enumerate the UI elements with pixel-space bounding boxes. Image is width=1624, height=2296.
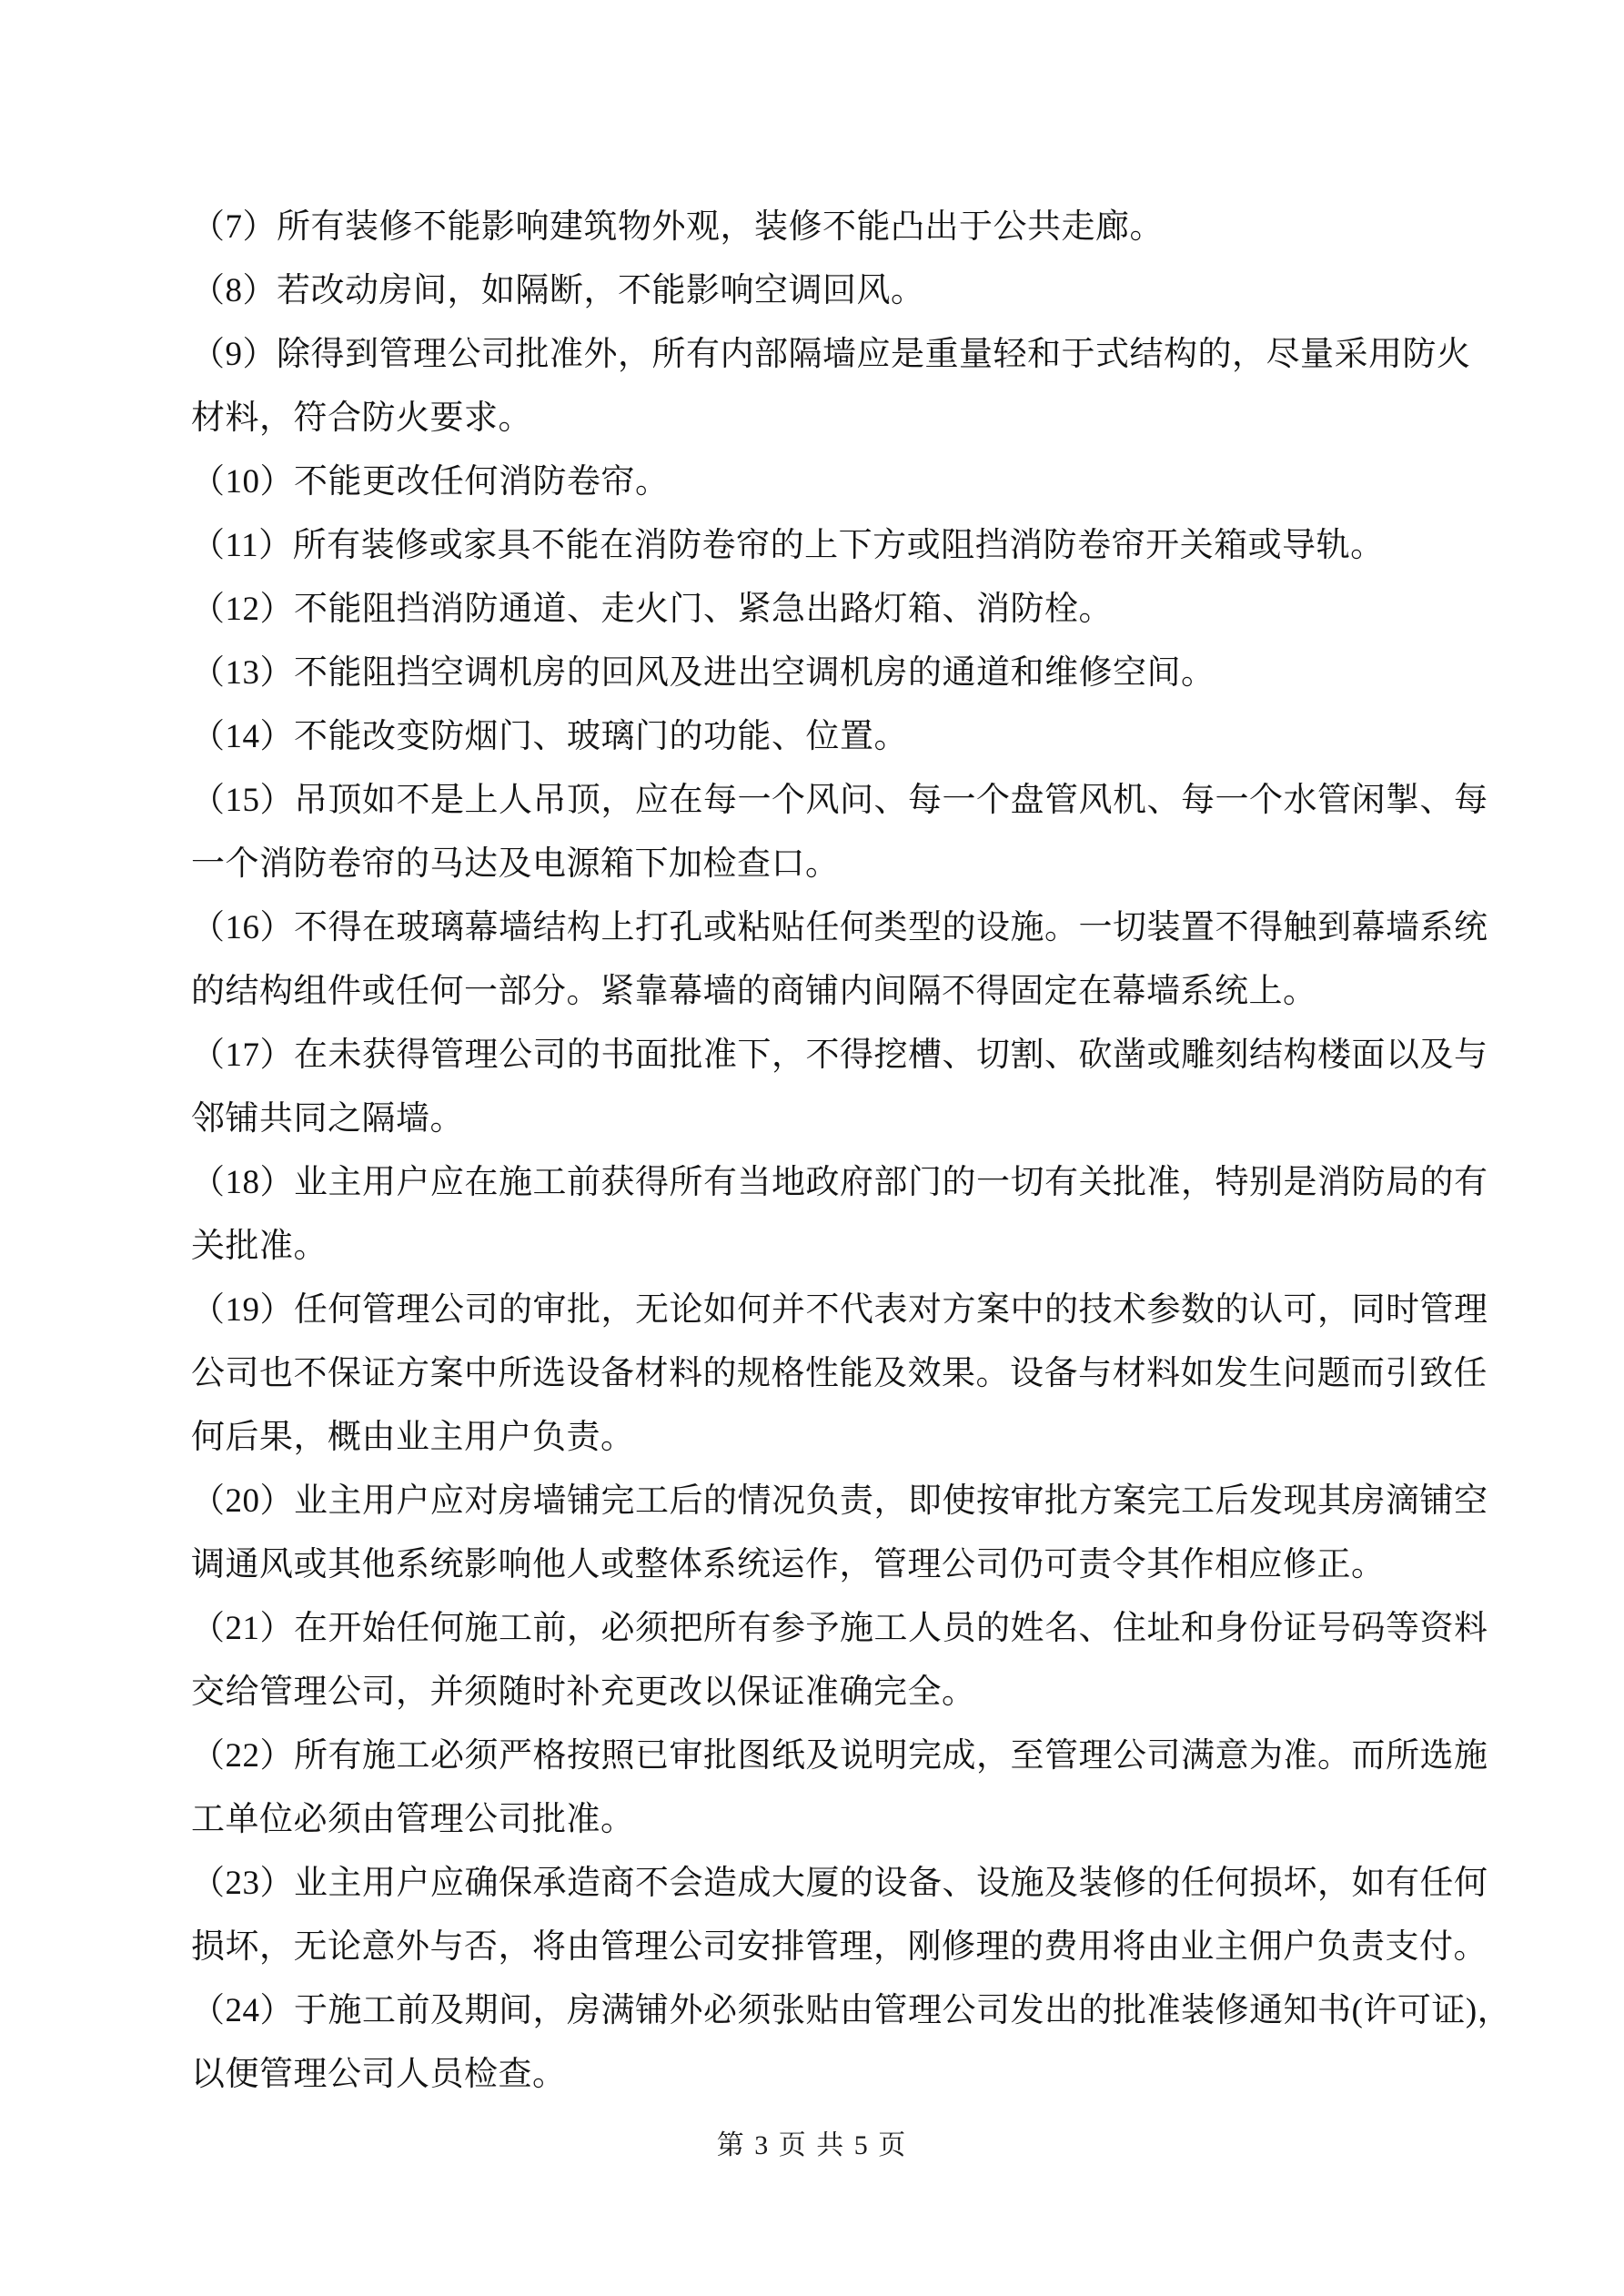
paragraph-item-23: （23）业主用户应确保承造商不会造成大厦的设备、设施及装修的任何损坏，如有任何损… <box>191 1852 1528 1979</box>
paragraph-item-19: （19）任何管理公司的审批，无论如何并不代表对方案中的技术参数的认可，同时管理公… <box>191 1279 1528 1470</box>
text-line: （19）任何管理公司的审批，无论如何并不代表对方案中的技术参数的认可，同时管理 <box>191 1279 1528 1342</box>
text-line: （23）业主用户应确保承造商不会造成大厦的设备、设施及装修的任何损坏，如有任何 <box>191 1852 1528 1916</box>
text-line: （18）业主用户应在施工前获得所有当地政府部门的一切有关批准，特别是消防局的有 <box>191 1151 1528 1215</box>
text-line: （11）所有装修或家具不能在消防卷帘的上下方或阻挡消防卷帘开关箱或导轨。 <box>191 514 1528 578</box>
document-body: （7）所有装修不能影响建筑物外观，装修不能凸出于公共走廊。（8）若改动房间，如隔… <box>191 196 1528 2107</box>
paragraph-item-12: （12）不能阻挡消防通道、走火门、紧急出路灯箱、消防栓。 <box>191 578 1528 642</box>
text-line: （14）不能改变防烟门、玻璃门的功能、位置。 <box>191 705 1528 769</box>
paragraph-item-22: （22）所有施工必须严格按照已审批图纸及说明完成，至管理公司满意为准。而所选施工… <box>191 1725 1528 1852</box>
text-line: 邻铺共同之隔墙。 <box>191 1087 1528 1151</box>
text-line: 关批准。 <box>191 1215 1528 1279</box>
text-line: 损坏，无论意外与否，将由管理公司安排管理，刚修理的费用将由业主佣户负责支付。 <box>191 1916 1528 1979</box>
text-line: 调通风或其他系统影响他人或整体系统运作，管理公司仍可责令其作相应修正。 <box>191 1533 1528 1597</box>
paragraph-item-17: （17）在未获得管理公司的书面批准下，不得挖槽、切割、砍凿或雕刻结构楼面以及与邻… <box>191 1024 1528 1151</box>
paragraph-item-20: （20）业主用户应对房墙铺完工后的情况负责，即使按审批方案完工后发现其房滴铺空调… <box>191 1470 1528 1597</box>
text-line: 一个消防卷帘的马达及电源箱下加检查口。 <box>191 833 1528 896</box>
paragraph-item-21: （21）在开始任何施工前，必须把所有参予施工人员的姓名、住址和身份证号码等资料交… <box>191 1597 1528 1725</box>
text-line: （22）所有施工必须严格按照已审批图纸及说明完成，至管理公司满意为准。而所选施 <box>191 1725 1528 1788</box>
text-line: 何后果，概由业主用户负责。 <box>191 1406 1528 1470</box>
paragraph-item-14: （14）不能改变防烟门、玻璃门的功能、位置。 <box>191 705 1528 769</box>
text-line: （16）不得在玻璃幕墙结构上打孔或粘贴任何类型的设施。一切装置不得触到幕墙系统 <box>191 896 1528 960</box>
paragraph-item-16: （16）不得在玻璃幕墙结构上打孔或粘贴任何类型的设施。一切装置不得触到幕墙系统的… <box>191 896 1528 1024</box>
text-line: （9）除得到管理公司批准外，所有内部隔墙应是重量轻和于式结构的，尽量采用防火 <box>191 323 1528 387</box>
text-line: 公司也不保证方案中所选设备材料的规格性能及效果。设备与材料如发生问题而引致任 <box>191 1342 1528 1406</box>
text-line: （24）于施工前及期间，房满铺外必须张贴由管理公司发出的批准装修通知书(许可证)… <box>191 1979 1528 2043</box>
text-line: （13）不能阻挡空调机房的回风及进出空调机房的通道和维修空间。 <box>191 642 1528 705</box>
text-line: （20）业主用户应对房墙铺完工后的情况负责，即使按审批方案完工后发现其房滴铺空 <box>191 1470 1528 1533</box>
paragraph-item-7: （7）所有装修不能影响建筑物外观，装修不能凸出于公共走廊。 <box>191 196 1528 259</box>
paragraph-item-15: （15）吊顶如不是上人吊顶，应在每一个风问、每一个盘管风机、每一个水管闲掣、每一… <box>191 769 1528 896</box>
text-line: （10）不能更改任何消防卷帘。 <box>191 450 1528 514</box>
text-line: （15）吊顶如不是上人吊顶，应在每一个风问、每一个盘管风机、每一个水管闲掣、每 <box>191 769 1528 833</box>
paragraph-item-8: （8）若改动房间，如隔断，不能影响空调回风。 <box>191 259 1528 323</box>
text-line: 工单位必须由管理公司批准。 <box>191 1788 1528 1852</box>
text-line: （17）在未获得管理公司的书面批准下，不得挖槽、切割、砍凿或雕刻结构楼面以及与 <box>191 1024 1528 1087</box>
text-line: （7）所有装修不能影响建筑物外观，装修不能凸出于公共走廊。 <box>191 196 1528 259</box>
text-line: 的结构组件或任何一部分。紧靠幕墙的商铺内间隔不得固定在幕墙系统上。 <box>191 960 1528 1024</box>
text-line: 以便管理公司人员检查。 <box>191 2043 1528 2107</box>
text-line: （8）若改动房间，如隔断，不能影响空调回风。 <box>191 259 1528 323</box>
text-line: （21）在开始任何施工前，必须把所有参予施工人员的姓名、住址和身份证号码等资料 <box>191 1597 1528 1661</box>
text-line: 交给管理公司，并须随时补充更改以保证准确完全。 <box>191 1661 1528 1725</box>
paragraph-item-24: （24）于施工前及期间，房满铺外必须张贴由管理公司发出的批准装修通知书(许可证)… <box>191 1979 1528 2107</box>
text-line: 材料，符合防火要求。 <box>191 387 1528 450</box>
paragraph-item-10: （10）不能更改任何消防卷帘。 <box>191 450 1528 514</box>
text-line: （12）不能阻挡消防通道、走火门、紧急出路灯箱、消防栓。 <box>191 578 1528 642</box>
paragraph-item-11: （11）所有装修或家具不能在消防卷帘的上下方或阻挡消防卷帘开关箱或导轨。 <box>191 514 1528 578</box>
paragraph-item-9: （9）除得到管理公司批准外，所有内部隔墙应是重量轻和于式结构的，尽量采用防火材料… <box>191 323 1528 450</box>
paragraph-item-13: （13）不能阻挡空调机房的回风及进出空调机房的通道和维修空间。 <box>191 642 1528 705</box>
paragraph-item-18: （18）业主用户应在施工前获得所有当地政府部门的一切有关批准，特别是消防局的有关… <box>191 1151 1528 1279</box>
document-page: （7）所有装修不能影响建筑物外观，装修不能凸出于公共走廊。（8）若改动房间，如隔… <box>0 0 1624 2296</box>
page-footer: 第 3 页 共 5 页 <box>0 2114 1624 2178</box>
